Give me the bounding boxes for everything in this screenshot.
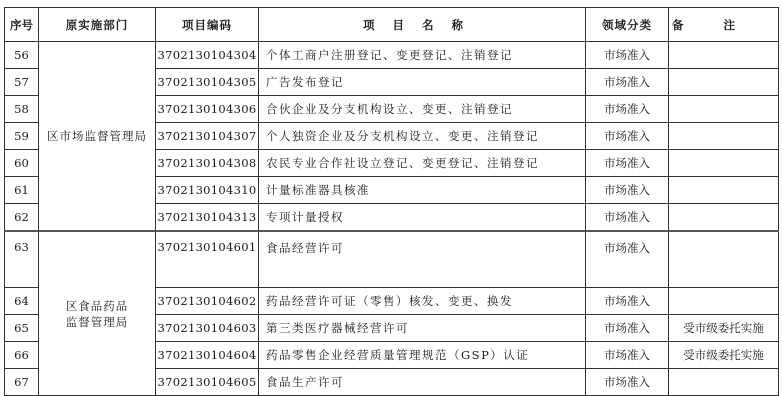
name-cell: 个体工商户注册登记、变更登记、注销登记 — [259, 42, 586, 69]
name-cell: 专项计量授权 — [259, 204, 586, 232]
category-cell: 市场准入 — [586, 96, 669, 123]
name-cell: 食品经营许可 — [259, 231, 586, 288]
category-cell: 市场准入 — [586, 315, 669, 342]
code-cell: 3702130104307 — [156, 123, 259, 150]
seq-cell: 64 — [5, 288, 39, 315]
seq-cell: 62 — [5, 204, 39, 232]
name-cell: 食品生产许可 — [259, 369, 586, 396]
seq-cell: 56 — [5, 42, 39, 69]
category-cell: 市场准入 — [586, 288, 669, 315]
note-cell — [669, 177, 779, 204]
code-cell: 3702130104313 — [156, 204, 259, 232]
note-cell — [669, 123, 779, 150]
seq-cell: 57 — [5, 69, 39, 96]
category-cell: 市场准入 — [586, 231, 669, 288]
seq-cell: 60 — [5, 150, 39, 177]
category-cell: 市场准入 — [586, 177, 669, 204]
name-cell: 药品经营许可证（零售）核发、变更、换发 — [259, 288, 586, 315]
note-cell — [669, 150, 779, 177]
name-cell: 计量标准器具核准 — [259, 177, 586, 204]
header-dept: 原实施部门 — [39, 8, 156, 42]
code-cell: 3702130104306 — [156, 96, 259, 123]
note-cell — [669, 42, 779, 69]
note-cell: 受市级委托实施 — [669, 315, 779, 342]
note-cell — [669, 69, 779, 96]
header-code: 项目编码 — [156, 8, 259, 42]
header-name: 项目名称 — [259, 8, 586, 42]
seq-cell: 67 — [5, 369, 39, 396]
note-cell — [669, 288, 779, 315]
code-cell: 3702130104604 — [156, 342, 259, 369]
note-cell — [669, 96, 779, 123]
seq-cell: 65 — [5, 315, 39, 342]
name-cell: 个人独资企业及分支机构设立、变更、注销登记 — [259, 123, 586, 150]
category-cell: 市场准入 — [586, 342, 669, 369]
header-seq: 序号 — [5, 8, 39, 42]
category-cell: 市场准入 — [586, 42, 669, 69]
seq-cell: 59 — [5, 123, 39, 150]
code-cell: 3702130104308 — [156, 150, 259, 177]
code-cell: 3702130104304 — [156, 42, 259, 69]
name-cell: 合伙企业及分支机构设立、变更、注销登记 — [259, 96, 586, 123]
dept-cell: 区市场监督管理局 — [39, 42, 156, 232]
category-cell: 市场准入 — [586, 69, 669, 96]
name-cell: 药品零售企业经营质量管理规范（GSP）认证 — [259, 342, 586, 369]
name-cell: 第三类医疗器械经营许可 — [259, 315, 586, 342]
code-cell: 3702130104310 — [156, 177, 259, 204]
category-cell: 市场准入 — [586, 123, 669, 150]
seq-cell: 61 — [5, 177, 39, 204]
header-category: 领域分类 — [586, 8, 669, 42]
note-cell — [669, 204, 779, 232]
table-row: 56 区市场监督管理局 3702130104304 个体工商户注册登记、变更登记… — [5, 42, 779, 69]
code-cell: 3702130104305 — [156, 69, 259, 96]
note-cell: 受市级委托实施 — [669, 342, 779, 369]
category-cell: 市场准入 — [586, 150, 669, 177]
table-row: 63 区食品药品 监督管理局 3702130104601 食品经营许可 市场准入 — [5, 231, 779, 288]
service-items-table: 序号 原实施部门 项目编码 项目名称 领域分类 备注 56 区市场监督管理局 3… — [4, 7, 779, 396]
seq-cell: 66 — [5, 342, 39, 369]
category-cell: 市场准入 — [586, 204, 669, 232]
seq-cell: 63 — [5, 231, 39, 288]
header-row: 序号 原实施部门 项目编码 项目名称 领域分类 备注 — [5, 8, 779, 42]
seq-cell: 58 — [5, 96, 39, 123]
code-cell: 3702130104603 — [156, 315, 259, 342]
code-cell: 3702130104605 — [156, 369, 259, 396]
category-cell: 市场准入 — [586, 369, 669, 396]
header-note: 备注 — [669, 8, 779, 42]
dept-cell: 区食品药品 监督管理局 — [39, 231, 156, 396]
code-cell: 3702130104601 — [156, 231, 259, 288]
name-cell: 广告发布登记 — [259, 69, 586, 96]
note-cell — [669, 369, 779, 396]
name-cell: 农民专业合作社设立登记、变更登记、注销登记 — [259, 150, 586, 177]
code-cell: 3702130104602 — [156, 288, 259, 315]
note-cell — [669, 231, 779, 288]
